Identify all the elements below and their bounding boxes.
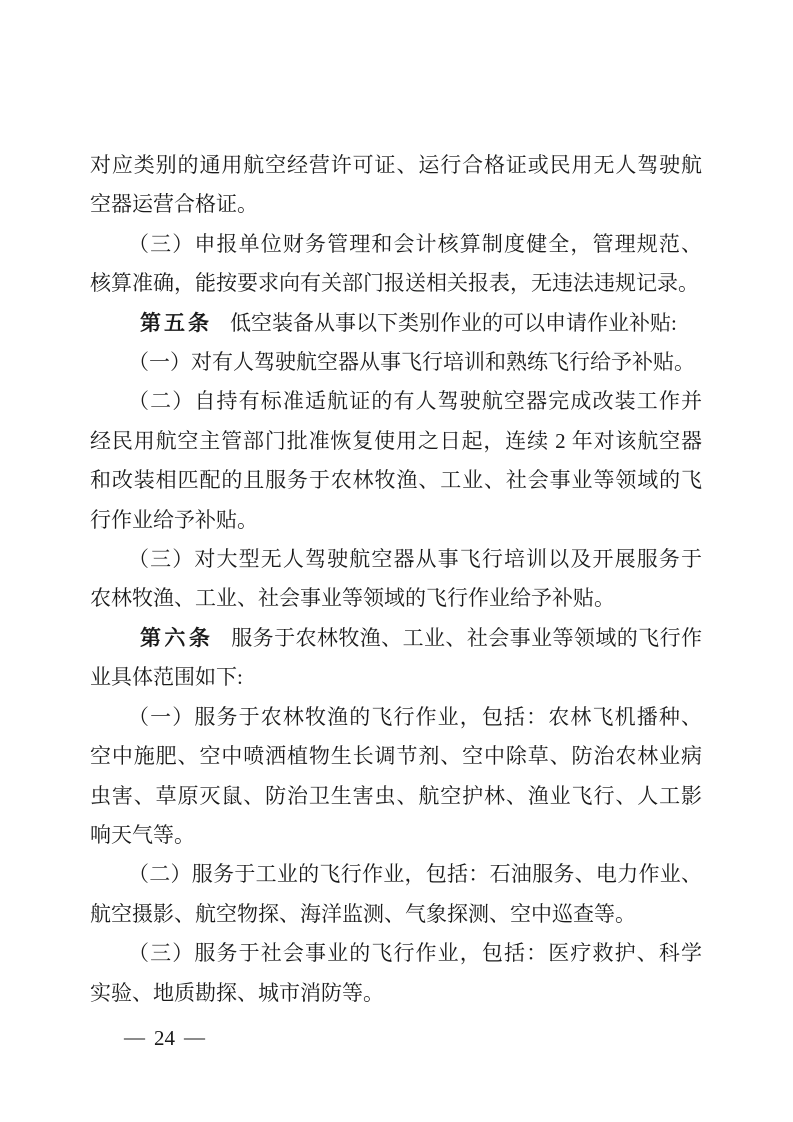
line-text: 和改装相匹配的且服务于农林牧渔、工业、社会事业等领域的飞 [90,468,702,492]
document-line: （一）服务于农林牧渔的飞行作业，包括：农林飞机播种、 [90,698,702,737]
line-text: 业具体范围如下: [90,665,243,689]
line-text: 行作业给予补贴。 [90,508,258,532]
document-line: 虫害、草原灭鼠、防治卫生害虫、航空护林、渔业飞行、人工影 [90,777,702,816]
line-text: 服务于农林牧渔、工业、社会事业等领域的飞行作 [231,626,702,650]
line-text: 低空装备从事以下类别作业的可以申请作业补贴: [230,311,677,335]
document-line: 经民用航空主管部门批准恢复使用之日起，连续 2 年对该航空器 [90,422,702,461]
document-line: 实验、地质勘探、城市消防等。 [90,974,702,1013]
line-text: 核算准确，能按要求向有关部门报送相关报表，无违法违规记录。 [90,271,699,295]
document-line: （三）申报单位财务管理和会计核算制度健全，管理规范、 [90,225,702,264]
document-line: （二）自持有标准适航证的有人驾驶航空器完成改装工作并 [90,382,702,421]
line-text: （三）对大型无人驾驶航空器从事飞行培训以及开展服务于 [128,547,702,571]
document-line: 业具体范围如下: [90,658,702,697]
article-number: 第五条 [140,312,212,335]
line-text: （二）服务于工业的飞行作业，包括：石油服务、电力作业、 [128,862,702,886]
line-text: 农林牧渔、工业、社会事业等领域的飞行作业给予补贴。 [90,586,615,610]
line-text: 响天气等。 [90,823,195,847]
line-text: （一）服务于农林牧渔的飞行作业，包括：农林飞机播种、 [128,705,702,729]
page-number: 24 [154,1026,175,1051]
document-line: 行作业给予补贴。 [90,501,702,540]
footer-dash-left: — [124,1025,145,1050]
document-body: 对应类别的通用航空经营许可证、运行合格证或民用无人驾驶航空器运营合格证。（三）申… [90,146,702,1013]
document-line: 空器运营合格证。 [90,185,702,224]
line-text: 实验、地质勘探、城市消防等。 [90,981,384,1005]
page-footer: — 24 — [124,1026,205,1051]
footer-dash-right: — [184,1025,205,1050]
document-line: 响天气等。 [90,816,702,855]
document-line: 和改装相匹配的且服务于农林牧渔、工业、社会事业等领域的飞 [90,461,702,500]
line-text: 经民用航空主管部门批准恢复使用之日起，连续 2 年对该航空器 [90,429,702,453]
document-line: 对应类别的通用航空经营许可证、运行合格证或民用无人驾驶航 [90,146,702,185]
line-text: （二）自持有标准适航证的有人驾驶航空器完成改装工作并 [128,389,702,413]
line-text: 虫害、草原灭鼠、防治卫生害虫、航空护林、渔业飞行、人工影 [90,784,702,808]
line-text: 空器运营合格证。 [90,192,258,216]
document-line: 航空摄影、航空物探、海洋监测、气象探测、空中巡查等。 [90,895,702,934]
line-text: 空中施肥、空中喷洒植物生长调节剂、空中除草、防治农林业病 [90,744,702,768]
document-line: （三）对大型无人驾驶航空器从事飞行培训以及开展服务于 [90,540,702,579]
document-line: 空中施肥、空中喷洒植物生长调节剂、空中除草、防治农林业病 [90,737,702,776]
article-number: 第六条 [140,627,213,650]
line-text: 对应类别的通用航空经营许可证、运行合格证或民用无人驾驶航 [90,153,702,177]
document-line: 核算准确，能按要求向有关部门报送相关报表，无违法违规记录。 [90,264,702,303]
document-line: （三）服务于社会事业的飞行作业，包括：医疗救护、科学 [90,934,702,973]
line-text: （一）对有人驾驶航空器从事飞行培训和熟练飞行给予补贴。 [128,350,695,374]
document-line: 农林牧渔、工业、社会事业等领域的飞行作业给予补贴。 [90,579,702,618]
document-line: （一）对有人驾驶航空器从事飞行培训和熟练飞行给予补贴。 [90,343,702,382]
document-page: 对应类别的通用航空经营许可证、运行合格证或民用无人驾驶航空器运营合格证。（三）申… [0,0,793,1122]
document-line: （二）服务于工业的飞行作业，包括：石油服务、电力作业、 [90,855,702,894]
line-text: 航空摄影、航空物探、海洋监测、气象探测、空中巡查等。 [90,902,636,926]
document-line: 第六条服务于农林牧渔、工业、社会事业等领域的飞行作 [90,619,702,658]
document-line: 第五条低空装备从事以下类别作业的可以申请作业补贴: [90,304,702,343]
line-text: （三）服务于社会事业的飞行作业，包括：医疗救护、科学 [128,941,702,965]
line-text: （三）申报单位财务管理和会计核算制度健全，管理规范、 [128,232,702,256]
